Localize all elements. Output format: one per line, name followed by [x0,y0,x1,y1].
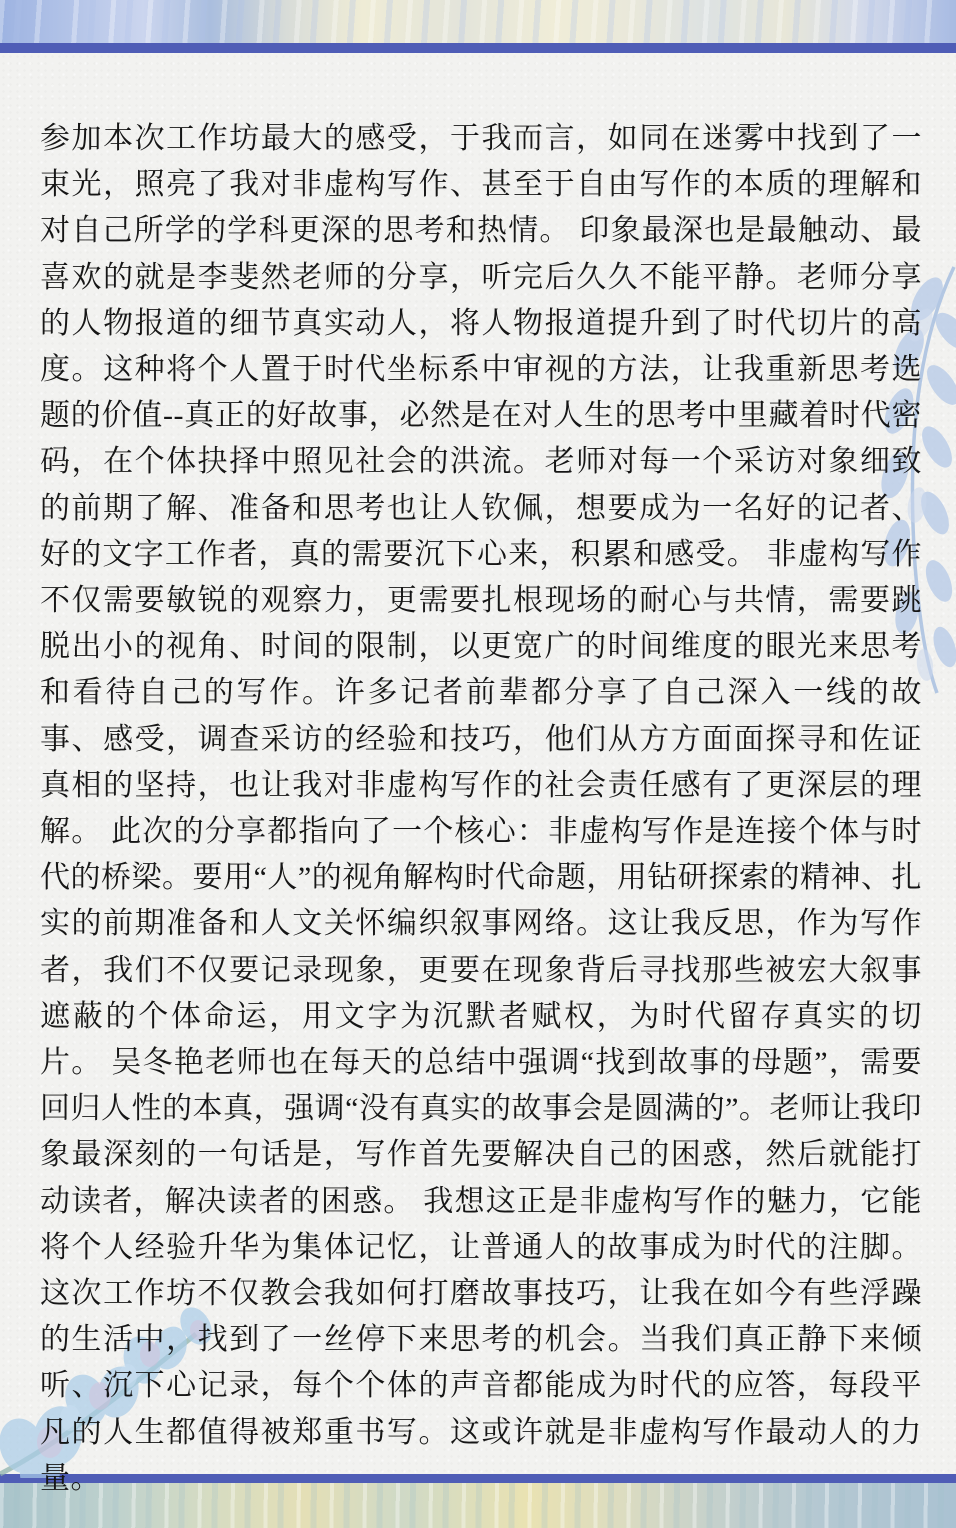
essay-text: 参加本次工作坊最大的感受，于我而言，如同在迷雾中找到了一束光，照亮了我对非虚构写… [40,116,922,1502]
top-divider-bar [0,43,956,53]
top-watercolor-strip [0,0,956,43]
paper-background: 参加本次工作坊最大的感受，于我而言，如同在迷雾中找到了一束光，照亮了我对非虚构写… [0,53,956,1474]
